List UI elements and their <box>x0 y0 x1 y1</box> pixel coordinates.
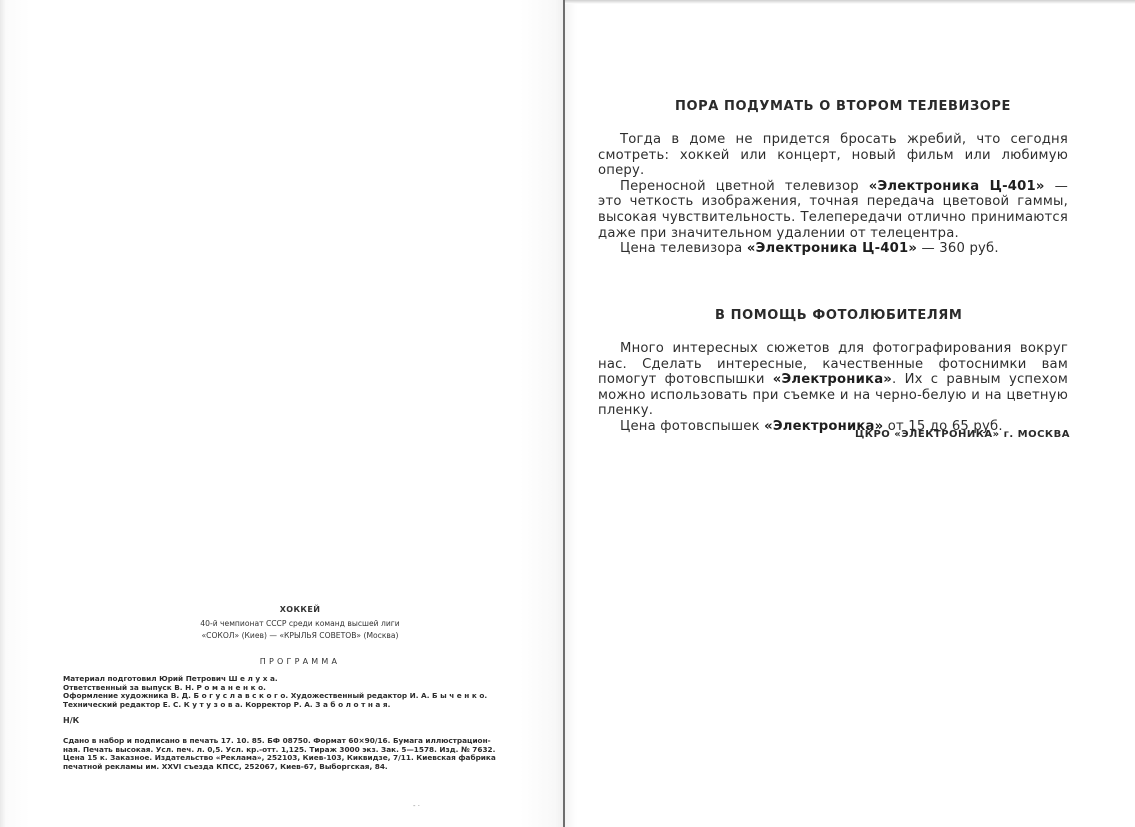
left-page: ХОККЕЙ 40-й чемпионат СССР среди команд … <box>0 0 563 827</box>
print-specks: ‐ · <box>413 802 420 810</box>
publication-info: Сдано в набор и подписано в печать 17. 1… <box>63 737 526 771</box>
product-name: «Электроника Ц-401» <box>869 179 1045 194</box>
tv-ad-body: Тогда в доме не придется бросать жребий,… <box>598 132 1068 257</box>
imprint-title: ХОККЕЙ <box>150 605 450 614</box>
credits-block: Материал подготовил Юрий Петрович Ш е л … <box>63 675 533 710</box>
publication-line: печатной рекламы им. XXVI съезда КПСС, 2… <box>63 763 526 772</box>
product-name: «Электроника Ц-401» <box>747 241 917 256</box>
product-name: «Электроника» <box>773 372 892 387</box>
tv-ad-paragraph: Тогда в доме не придется бросать жребий,… <box>598 132 1068 179</box>
photo-ad-paragraph: Много интересных сюжетов для фотографиро… <box>598 341 1068 419</box>
credit-line: Технический редактор Е. С. К у т у з о в… <box>63 701 533 710</box>
right-page: ПОРА ПОДУМАТЬ О ВТОРОМ ТЕЛЕВИЗОРЕ Тогда … <box>565 0 1135 827</box>
tv-ad-heading: ПОРА ПОДУМАТЬ О ВТОРОМ ТЕЛЕВИЗОРЕ <box>675 99 1011 114</box>
tv-ad-price: Цена телевизора «Электроника Ц-401» — 36… <box>598 241 1068 257</box>
page-top-edge <box>565 0 1135 4</box>
imprint-match: «СОКОЛ» (Киев) — «КРЫЛЬЯ СОВЕТОВ» (Москв… <box>150 631 450 640</box>
index-code: Н/К <box>63 716 79 725</box>
imprint-championship: 40-й чемпионат СССР среди команд высшей … <box>150 619 450 628</box>
imprint-program-label: ПРОГРАММА <box>150 657 450 666</box>
photo-ad-heading: В ПОМОЩЬ ФОТОЛЮБИТЕЛЯМ <box>715 308 962 323</box>
tv-ad-paragraph: Переносной цветной телевизор «Электроник… <box>598 179 1068 241</box>
advertiser-signature: ЦКРО «ЭЛЕКТРОНИКА» г. МОСКВА <box>855 429 1070 440</box>
photo-ad-body: Много интересных сюжетов для фотографиро… <box>598 341 1068 435</box>
